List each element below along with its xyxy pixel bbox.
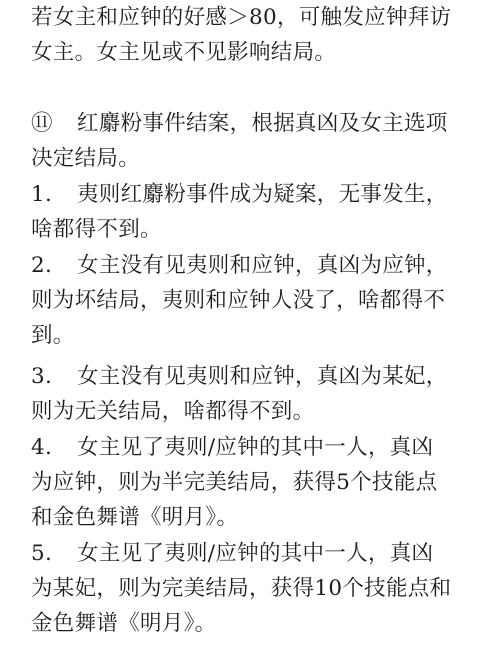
list-item-text: 女主见了夷则/应钟的其中一人，真凶 [77,435,433,460]
list-item-number: 4. [31,430,77,465]
list-item-5-line-1: 5.女主见了夷则/应钟的其中一人，真凶 [31,536,433,571]
list-item-number: 1. [31,177,77,212]
list-item-number: 5. [31,536,77,571]
list-item-4-line-2: 为应钟，则为半完美结局，获得5个技能点 [31,465,437,500]
list-item-text: 女主没有见夷则和应钟，真凶为应钟， [77,253,448,278]
list-item-1-line-2: 啥都得不到。 [31,212,162,247]
list-item-2-line-1: 2.女主没有见夷则和应钟，真凶为应钟， [31,248,448,283]
section-heading-line-2: 决定结局。 [31,141,140,176]
list-item-5-line-2: 为某妃，则为完美结局，获得10个技能点和 [31,571,451,606]
list-item-1-line-1: 1.夷则红麝粉事件成为疑案，无事发生， [31,177,448,212]
list-item-4-line-3: 和金色舞谱《明月》。 [31,500,238,535]
list-item-text: 女主见了夷则/应钟的其中一人，真凶 [77,541,433,566]
list-item-4-line-1: 4.女主见了夷则/应钟的其中一人，真凶 [31,430,433,465]
section-heading-text: 红麝粉事件结案，根据真凶及女主选项 [77,111,448,136]
list-item-3-line-2: 则为无关结局，啥都得不到。 [31,394,314,429]
list-item-text: 女主没有见夷则和应钟，真凶为某妃， [77,364,448,389]
list-item-3-line-1: 3.女主没有见夷则和应钟，真凶为某妃， [31,359,448,394]
intro-line-2: 女主。女主见或不见影响结局。 [31,35,336,70]
section-heading-line-1: ⑪红麝粉事件结案，根据真凶及女主选项 [31,106,448,141]
list-item-2-line-2: 则为坏结局，夷则和应钟人没了，啥都得不 [31,283,445,318]
section-marker: ⑪ [31,106,77,141]
list-item-number: 2. [31,248,77,283]
list-item-2-line-3: 到。 [31,318,75,353]
list-item-5-line-3: 金色舞谱《明月》。 [31,606,216,641]
document-page: 若女主和应钟的好感＞80，可触发应钟拜访 女主。女主见或不见影响结局。 ⑪红麝粉… [0,0,493,660]
list-item-text: 夷则红麝粉事件成为疑案，无事发生， [77,182,448,207]
list-item-number: 3. [31,359,77,394]
intro-line-1: 若女主和应钟的好感＞80，可触发应钟拜访 [31,0,451,35]
